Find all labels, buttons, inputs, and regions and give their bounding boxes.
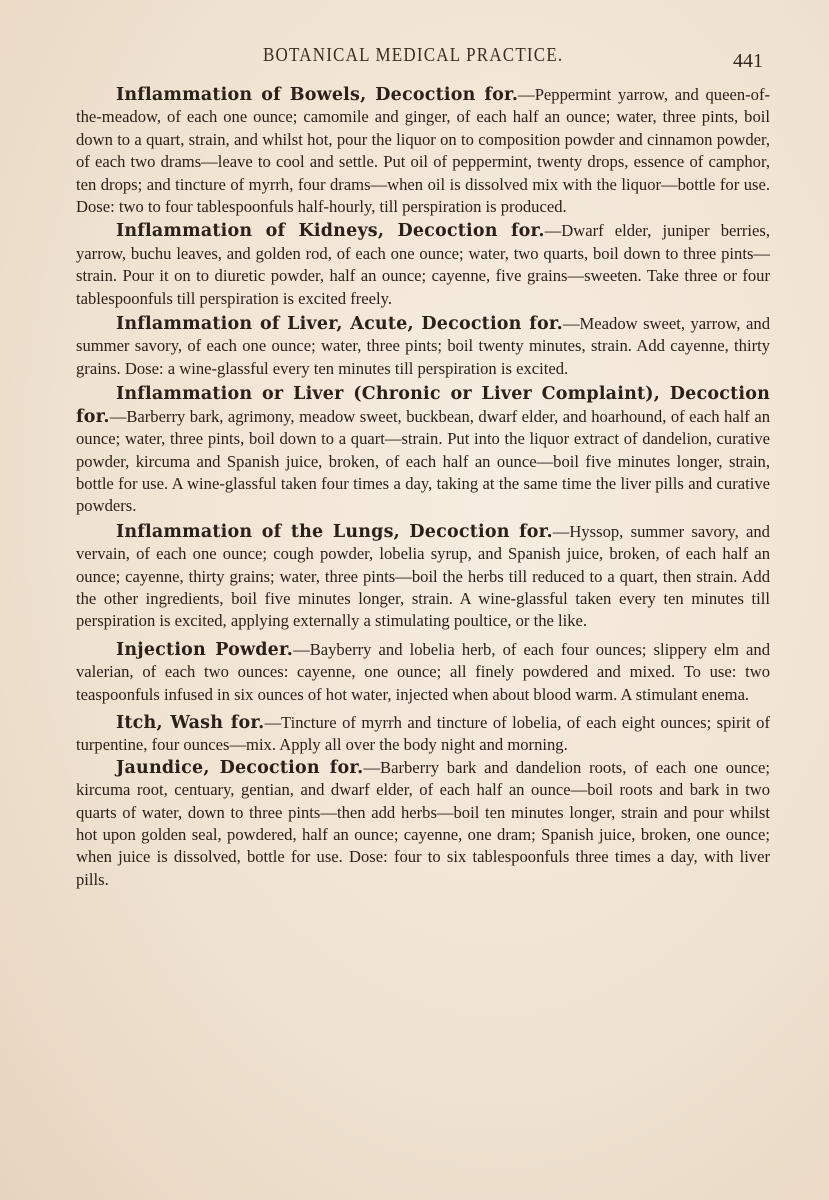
page-number: 441 xyxy=(733,50,763,73)
entry-liver-acute: Inflammation of Liver, Acute, Decoction … xyxy=(76,313,770,380)
entry-title: Jaundice, Decoction for. xyxy=(116,758,363,778)
entry-bowels: Inflammation of Bowels, Decoction for.—P… xyxy=(76,84,770,218)
entry-title: Inflammation of the Lungs, Decoction for… xyxy=(116,522,553,542)
entry-injection-powder: Injection Powder.—Bayberry and lobelia h… xyxy=(76,639,770,706)
entry-title: Itch, Wash for. xyxy=(116,713,264,733)
page-body: Inflammation of Bowels, Decoction for.—P… xyxy=(76,84,770,892)
entry-title: Inflammation of Kidneys, Decoction for. xyxy=(116,221,545,241)
entry-kidneys: Inflammation of Kidneys, Decoction for.—… xyxy=(76,220,770,310)
entry-liver-chronic: Inflammation or Liver (Chronic or Liver … xyxy=(76,383,770,517)
entry-lungs: Inflammation of the Lungs, Decoction for… xyxy=(76,521,770,633)
entry-title: Inflammation of Bowels, Decoction for. xyxy=(116,85,518,105)
running-head: BOTANICAL MEDICAL PRACTICE. xyxy=(263,44,563,67)
entry-title: Injection Powder. xyxy=(116,640,293,660)
entry-itch-wash: Itch, Wash for.—Tincture of myrrh and ti… xyxy=(76,712,770,757)
entry-text: —Barberry bark, agrimony, meadow sweet, … xyxy=(76,407,770,516)
entry-title: Inflammation of Liver, Acute, Decoction … xyxy=(116,314,563,334)
book-page: BOTANICAL MEDICAL PRACTICE. 441 Inflamma… xyxy=(0,0,829,1200)
entry-jaundice: Jaundice, Decoction for.—Barberry bark a… xyxy=(76,757,770,891)
